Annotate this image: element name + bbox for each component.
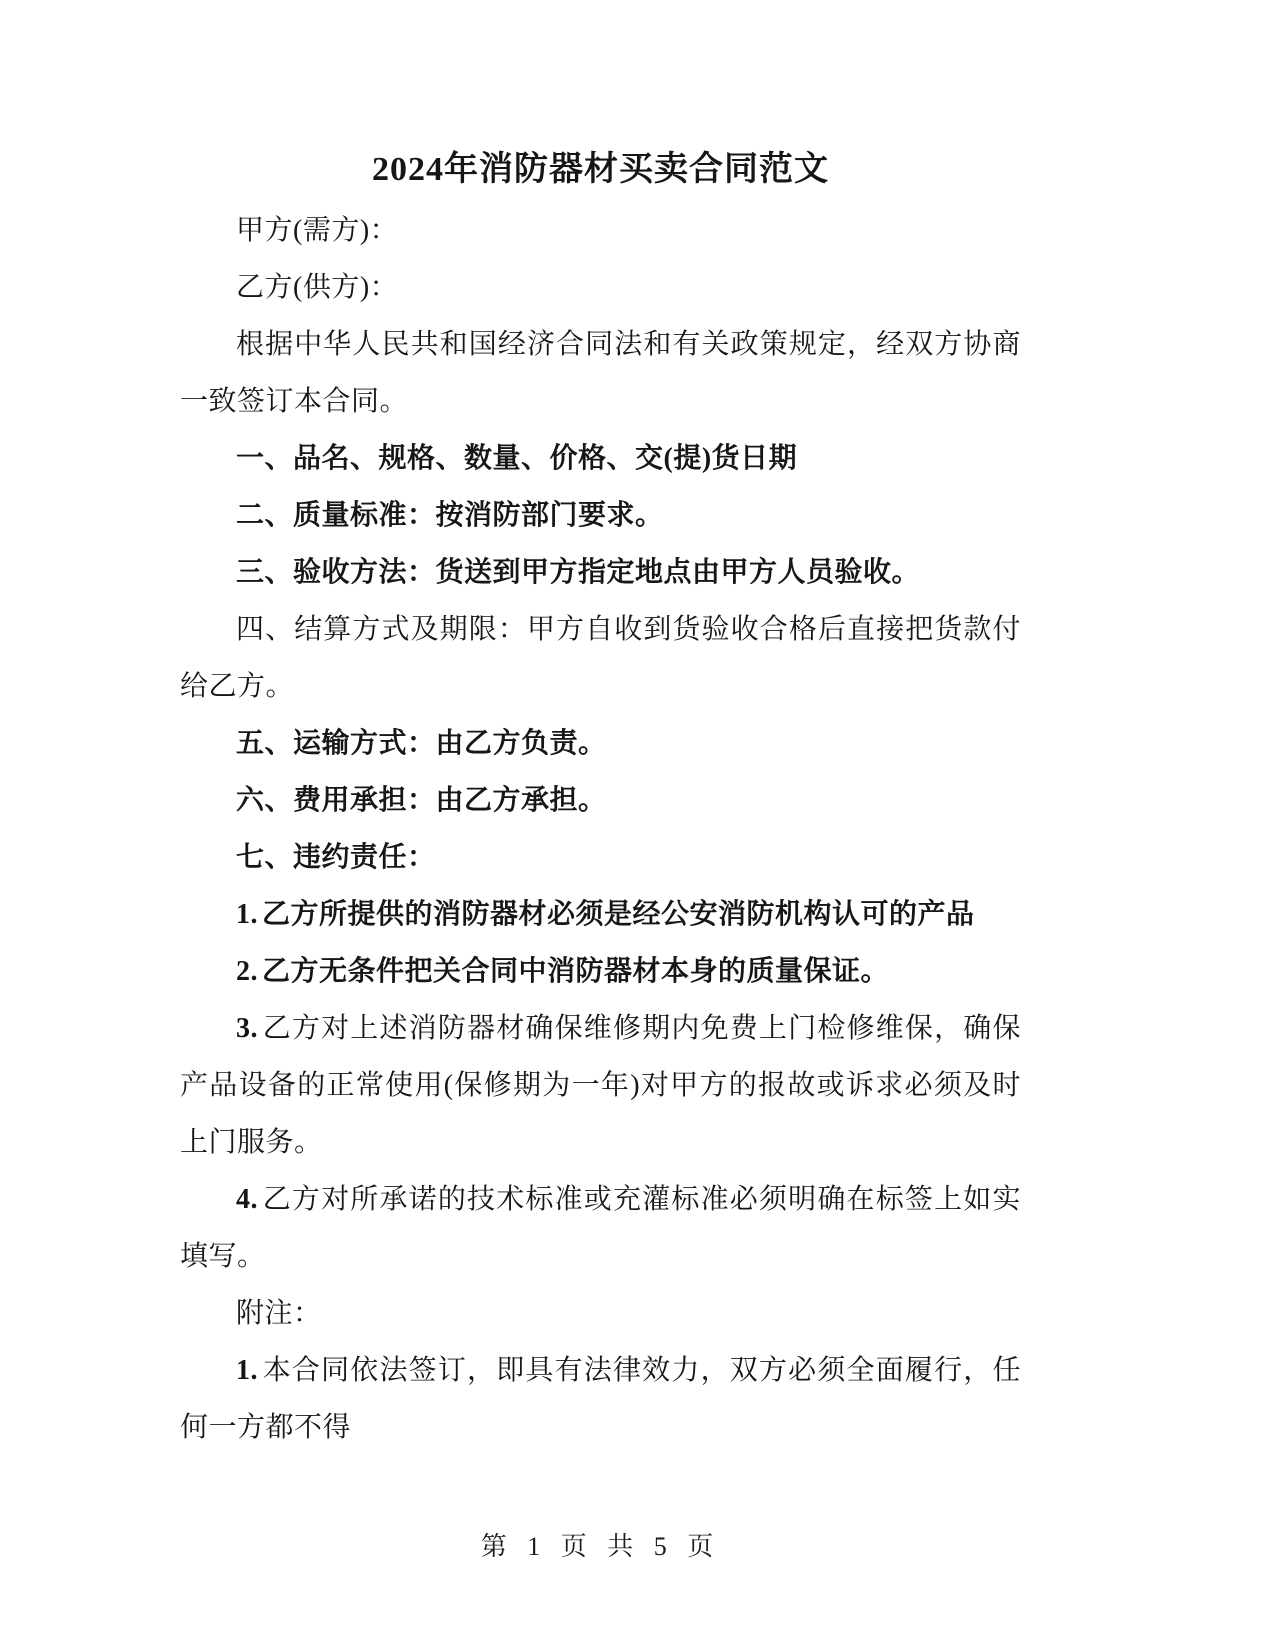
clause-2: 二、质量标准：按消防部门要求。 <box>180 487 1021 544</box>
item-number: 1. <box>236 899 258 930</box>
clause-7: 七、违约责任： <box>180 829 1021 886</box>
liability-item-4-text: 乙方对所承诺的技术标准或充灌标准必须明确在标签上如实填写。 <box>180 1184 1021 1272</box>
clause-4: 四、结算方式及期限：甲方自收到货验收合格后直接把货款付给乙方。 <box>180 601 1021 715</box>
clause-7-text: 七、违约责任： <box>236 842 436 873</box>
notes-heading: 附注： <box>180 1285 1021 1342</box>
clause-5: 五、运输方式：由乙方负责。 <box>180 715 1021 772</box>
preamble-paragraph: 根据中华人民共和国经济合同法和有关政策规定，经双方协商一致签订本合同。 <box>180 316 1021 430</box>
notes-heading-text: 附注： <box>236 1298 322 1329</box>
clause-3: 三、验收方法：货送到甲方指定地点由甲方人员验收。 <box>180 544 1021 601</box>
preamble-text: 根据中华人民共和国经济合同法和有关政策规定，经双方协商一致签订本合同。 <box>180 329 1021 417</box>
document-title: 2024年消防器材买卖合同范文 <box>180 138 1021 202</box>
party-b-text: 乙方(供方)： <box>236 272 398 303</box>
clause-1-text: 一、品名、规格、数量、价格、交(提)货日期 <box>236 443 797 474</box>
liability-item-4: 4.乙方对所承诺的技术标准或充灌标准必须明确在标签上如实填写。 <box>180 1171 1021 1285</box>
liability-item-2-text: 乙方无条件把关合同中消防器材本身的质量保证。 <box>262 956 889 987</box>
contract-document-page: 2024年消防器材买卖合同范文 甲方(需方)： 乙方(供方)： 根据中华人民共和… <box>0 0 1275 1650</box>
clause-1: 一、品名、规格、数量、价格、交(提)货日期 <box>180 430 1021 487</box>
liability-item-1: 1.乙方所提供的消防器材必须是经公安消防机构认可的产品 <box>180 886 1021 943</box>
item-number: 2. <box>236 956 258 987</box>
page-number-footer: 第 1 页 共 5 页 <box>180 1526 1021 1563</box>
party-b-line: 乙方(供方)： <box>180 259 1021 316</box>
liability-item-3-text: 乙方对上述消防器材确保维修期内免费上门检修维保，确保产品设备的正常使用(保修期为… <box>180 1013 1021 1158</box>
item-number: 3. <box>236 1013 258 1044</box>
clause-5-text: 五、运输方式：由乙方负责。 <box>236 728 607 759</box>
item-number: 1. <box>236 1355 258 1386</box>
liability-item-1-text: 乙方所提供的消防器材必须是经公安消防机构认可的产品 <box>262 899 975 930</box>
clause-4-text: 四、结算方式及期限：甲方自收到货验收合格后直接把货款付给乙方。 <box>180 614 1021 702</box>
clause-6: 六、费用承担：由乙方承担。 <box>180 772 1021 829</box>
note-item-1-text: 本合同依法签订，即具有法律效力，双方必须全面履行，任何一方都不得 <box>180 1355 1021 1443</box>
party-a-text: 甲方(需方)： <box>236 215 398 246</box>
item-number: 4. <box>236 1184 258 1215</box>
document-content: 2024年消防器材买卖合同范文 甲方(需方)： 乙方(供方)： 根据中华人民共和… <box>180 138 1021 1456</box>
liability-item-2: 2.乙方无条件把关合同中消防器材本身的质量保证。 <box>180 943 1021 1000</box>
party-a-line: 甲方(需方)： <box>180 202 1021 259</box>
clause-3-text: 三、验收方法：货送到甲方指定地点由甲方人员验收。 <box>236 557 920 588</box>
clause-6-text: 六、费用承担：由乙方承担。 <box>236 785 607 816</box>
clause-2-text: 二、质量标准：按消防部门要求。 <box>236 500 664 531</box>
liability-item-3: 3.乙方对上述消防器材确保维修期内免费上门检修维保，确保产品设备的正常使用(保修… <box>180 1000 1021 1171</box>
note-item-1: 1.本合同依法签订，即具有法律效力，双方必须全面履行，任何一方都不得 <box>180 1342 1021 1456</box>
